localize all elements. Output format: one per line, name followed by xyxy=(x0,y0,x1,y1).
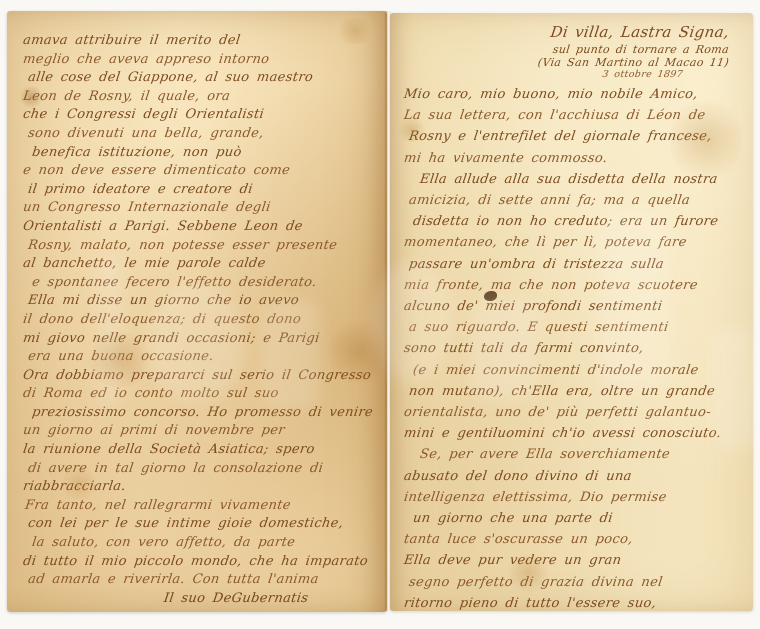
letter-page-left: amava attribuire il merito delmeglio che… xyxy=(7,11,387,612)
handwritten-line: ritorno pieno di tutto l'essere suo, xyxy=(403,593,749,611)
handwritten-line: intelligenza elettissima, Dio permise xyxy=(403,487,749,508)
handwritten-line: passare un'ombra di tristezza sulla xyxy=(403,254,749,275)
handwritten-line: orientalista, uno de' più perfetti galan… xyxy=(403,402,749,423)
handwritten-line: Ora dobbiamo prepararci sul serio il Con… xyxy=(22,367,381,386)
handwritten-line: mini e gentiluomini ch'io avessi conosci… xyxy=(403,423,749,444)
handwritten-line: 3 ottobre 1897 xyxy=(390,69,730,80)
handwritten-line: disdetta io non ho creduto; era un furor… xyxy=(403,211,749,232)
handwritten-line: amava attribuire il merito del xyxy=(22,32,381,51)
handwritten-line: tanta luce s'oscurasse un poco, xyxy=(403,529,749,550)
handwritten-line: al banchetto, le mie parole calde xyxy=(22,255,381,274)
handwritten-line: preziosissimo concorso. Ho promesso di v… xyxy=(22,404,381,423)
handwritten-line: il dono dell'eloquenza; di questo dono xyxy=(22,311,381,330)
handwritten-line: e spontanee fecero l'effetto desiderato. xyxy=(22,274,381,293)
handwritten-line: un Congresso Internazionale degli xyxy=(22,199,381,218)
handwritten-line: che i Congressi degli Orientalisti xyxy=(22,106,381,125)
handwritten-line: Ella deve pur vedere un gran xyxy=(403,550,749,571)
handwritten-line: di avere in tal giorno la consolazione d… xyxy=(22,460,381,479)
right-page-text: Mio caro, mio buono, mio nobile Amico,La… xyxy=(390,82,753,611)
letter-photograph: amava attribuire il merito delmeglio che… xyxy=(0,0,760,629)
handwritten-line: Rosny, malato, non potesse esser present… xyxy=(22,237,381,256)
handwritten-line: sono tutti tali da farmi convinto, xyxy=(403,338,749,359)
handwritten-line: mia fronte, ma che non poteva scuotere xyxy=(403,275,749,296)
handwritten-line: Orientalisti a Parigi. Sebbene Leon de xyxy=(22,218,381,237)
handwritten-line: la riunione della Società Asiatica; sper… xyxy=(22,441,381,460)
handwritten-line: riabbracciarla. xyxy=(22,478,381,497)
handwritten-line: alle cose del Giappone, al suo maestro xyxy=(22,69,381,88)
handwritten-line: non mutano), ch'Ella era, oltre un grand… xyxy=(403,381,749,402)
handwritten-line: meglio che aveva appreso intorno xyxy=(22,51,381,70)
handwritten-line: ad amarla e riverirla. Con tutta l'anima xyxy=(22,571,381,590)
left-page-text: amava attribuire il merito delmeglio che… xyxy=(7,11,387,608)
handwritten-line: Se, per avere Ella soverchiamente xyxy=(403,444,749,465)
handwritten-line: e non deve essere dimenticato come xyxy=(22,162,381,181)
handwritten-line: Ella mi disse un giorno che io avevo xyxy=(22,292,381,311)
handwritten-line: sono divenuti una bella, grande, xyxy=(22,125,381,144)
letter-page-right: Di villa, Lastra Signa,sul punto di torn… xyxy=(390,13,753,611)
handwritten-line: mi ha vivamente commosso. xyxy=(403,148,749,169)
handwritten-line: a suo riguardo. E questi sentimenti xyxy=(403,317,749,338)
handwritten-line: Il suo DeGubernatis xyxy=(22,590,381,609)
handwritten-line: segno perfetto di grazia divina nel xyxy=(403,572,749,593)
handwritten-line: la saluto, con vero affetto, da parte xyxy=(22,534,381,553)
handwritten-line: Leon de Rosny, il quale, ora xyxy=(22,88,381,107)
handwritten-line: abusato del dono divino di una xyxy=(403,466,749,487)
handwritten-line: di Roma ed io conto molto sul suo xyxy=(22,385,381,404)
handwritten-line: Mio caro, mio buono, mio nobile Amico, xyxy=(403,84,749,105)
handwritten-line: amicizia, di sette anni fa; ma a quella xyxy=(403,190,749,211)
handwritten-line: sul punto di tornare a Roma xyxy=(390,43,730,56)
handwritten-line: Fra tanto, nel rallegrarmi vivamente xyxy=(22,497,381,516)
handwritten-line: un giorno ai primi di novembre per xyxy=(22,422,381,441)
handwritten-line: era una buona occasione. xyxy=(22,348,381,367)
handwritten-line: con lei per le sue intime gioie domestic… xyxy=(22,515,381,534)
handwritten-line: La sua lettera, con l'acchiusa di Léon d… xyxy=(403,105,749,126)
handwritten-line: Rosny e l'entrefilet del giornale france… xyxy=(403,126,749,147)
handwritten-line: (e i miei convincimenti d'indole morale xyxy=(403,360,749,381)
handwritten-line: momentaneo, che lì per lì, poteva fare xyxy=(403,232,749,253)
handwritten-line: Ella allude alla sua disdetta della nost… xyxy=(403,169,749,190)
handwritten-line: Di villa, Lastra Signa, xyxy=(390,22,730,43)
letter-heading: Di villa, Lastra Signa,sul punto di torn… xyxy=(390,13,753,82)
handwritten-line: alcuno de' miei profondi sentimenti xyxy=(403,296,749,317)
handwritten-line: mi giovo nelle grandi occasioni; e Parig… xyxy=(22,330,381,349)
handwritten-line: di tutto il mio piccolo mondo, che ha im… xyxy=(22,553,381,572)
handwritten-line: il primo ideatore e creatore di xyxy=(22,181,381,200)
handwritten-line: un giorno che una parte di xyxy=(403,508,749,529)
handwritten-line: benefica istituzione, non può xyxy=(22,144,381,163)
page-fold xyxy=(384,11,391,611)
handwritten-line: (Via San Martino al Macao 11) xyxy=(390,56,730,69)
